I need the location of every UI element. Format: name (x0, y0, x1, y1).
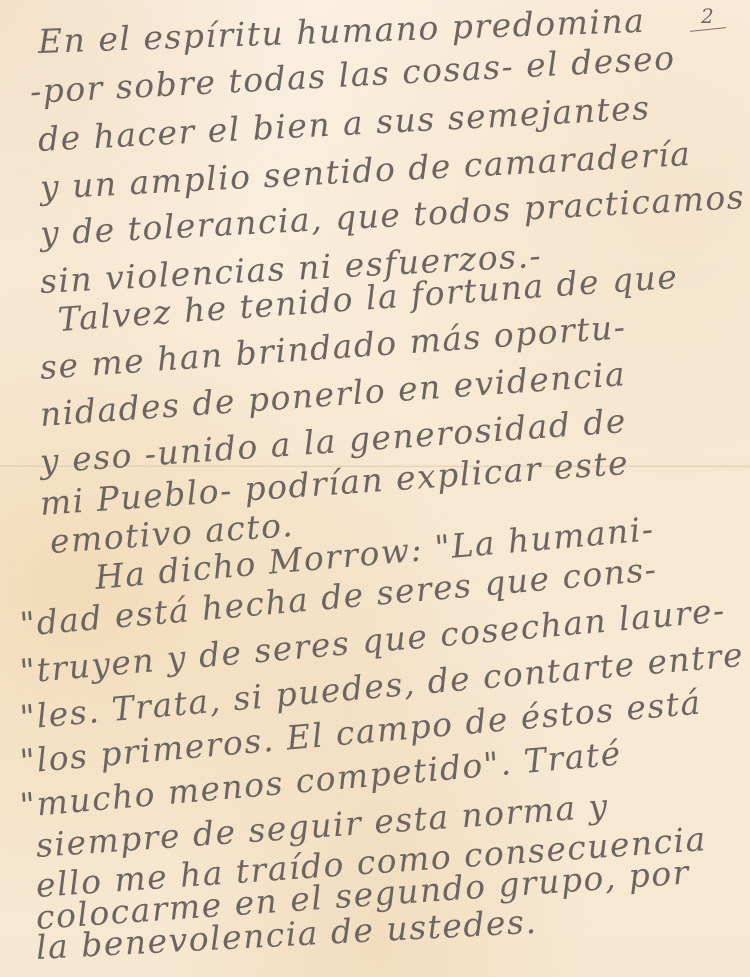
letter-page: 2 En el espíritu humano predomina -por s… (0, 0, 750, 977)
page-number: 2 (701, 4, 714, 28)
